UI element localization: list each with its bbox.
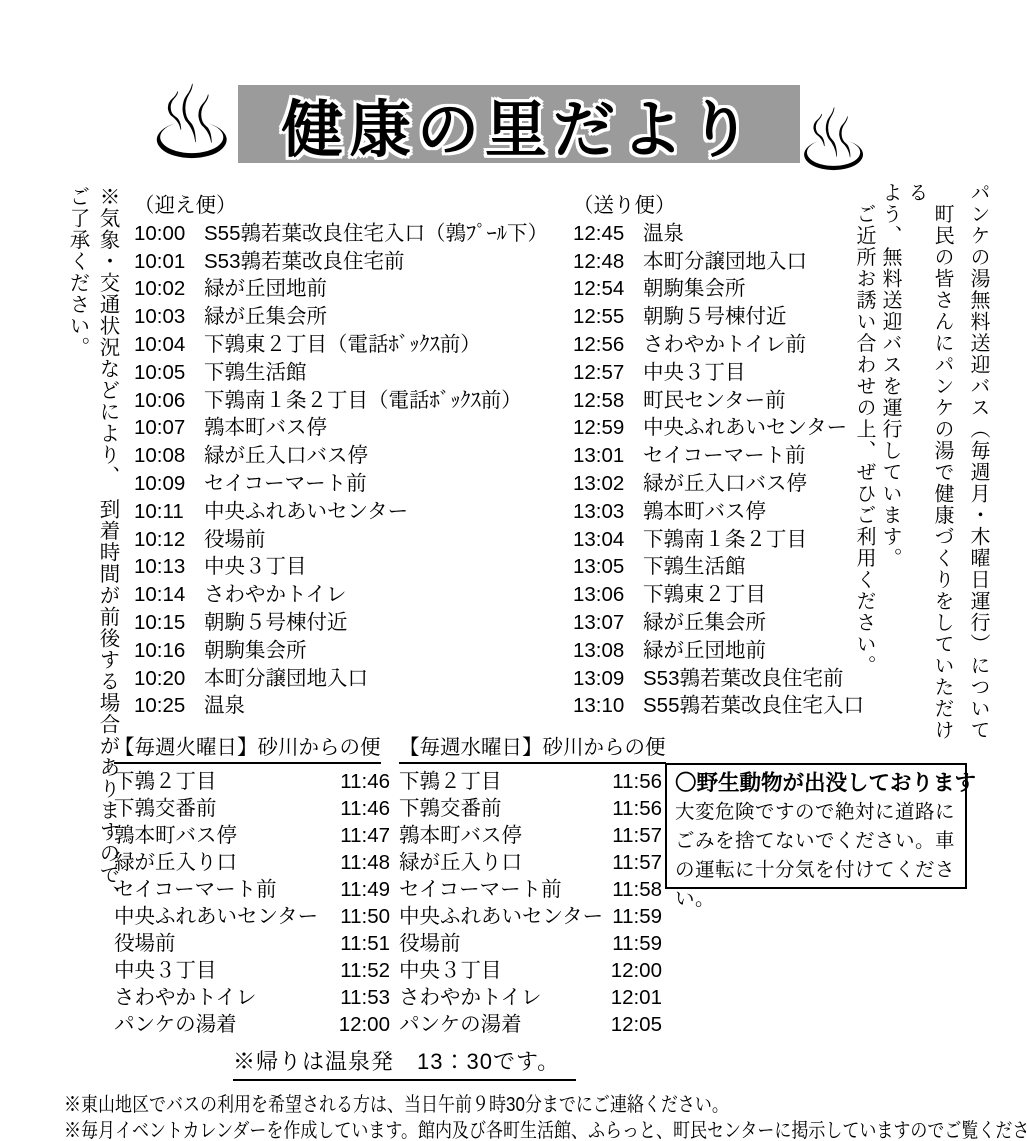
schedule-row: 10:03緑が丘集会所: [134, 303, 548, 331]
schedule-row: 10:16朝駒集会所: [134, 637, 548, 665]
schedule-row: セイコーマート前11:49: [114, 876, 390, 903]
stop-time: 10:03: [134, 303, 181, 331]
stop-time: 11:48: [340, 849, 390, 876]
stop-name: 緑が丘入り口: [399, 849, 522, 876]
wednesday-schedule: 【毎週水曜日】砂川からの便 下鶉２丁目11:56 下鶉交番前11:56 鶉本町バ…: [399, 736, 662, 1038]
stop-name: 中央ふれあいセンター: [204, 500, 408, 523]
stop-name: 役場前: [114, 930, 176, 957]
tuesday-schedule-header: 【毎週火曜日】砂川からの便: [114, 736, 381, 764]
stop-time: 12:45: [573, 220, 620, 248]
stop-time: 12:48: [573, 248, 620, 276]
stop-name: 下鶉東２丁目: [643, 583, 766, 606]
stop-name: 緑が丘入り口: [114, 849, 237, 876]
stop-name: 鶉本町バス停: [114, 822, 237, 849]
stop-time: 10:12: [134, 526, 181, 554]
schedule-row: 10:20本町分譲団地入口: [134, 665, 548, 693]
stop-time: 13:09: [573, 665, 620, 693]
stop-time: 10:00: [134, 220, 181, 248]
stop-time: 13:10: [573, 692, 620, 720]
stop-time: 11:52: [340, 957, 390, 984]
stop-name: 下鶉生活館: [204, 361, 307, 384]
schedule-row: 役場前11:59: [399, 930, 662, 957]
stop-name: 朝駒集会所: [204, 639, 307, 662]
bus-notice-heading: パンケの湯無料送迎バス（毎週月・木曜日運行）について: [965, 182, 991, 760]
stop-time: 11:46: [340, 768, 390, 795]
stop-time: 11:58: [612, 876, 662, 903]
newsletter-page: ♨ 健康の里だより ♨ ※気象・交通状況などにより、 到着時間が前後する場合があ…: [0, 0, 1027, 1141]
weather-disclaimer-note: ※気象・交通状況などにより、 到着時間が前後する場合がありますので、 ご了承くだ…: [62, 186, 122, 931]
stop-time: 12:57: [573, 359, 620, 387]
stop-time: 10:05: [134, 359, 181, 387]
stop-time: 13:07: [573, 609, 620, 637]
schedule-row: 10:12役場前: [134, 526, 548, 554]
pickup-schedule-header: （迎え便）: [134, 192, 548, 220]
schedule-row: 12:59中央ふれあいセンター: [573, 414, 864, 442]
schedule-row: 13:03鶉本町バス停: [573, 498, 864, 526]
stop-time: 12:59: [573, 414, 620, 442]
schedule-row: 中央３丁目12:00: [399, 957, 662, 984]
hot-spring-icon-right: ♨: [795, 98, 872, 184]
schedule-row: 13:02緑が丘入口バス停: [573, 470, 864, 498]
stop-time: 11:53: [340, 984, 390, 1011]
stop-time: 10:04: [134, 331, 181, 359]
stop-name: S53鶉若葉改良住宅前: [643, 667, 843, 690]
stop-name: パンケの湯着: [399, 1011, 522, 1038]
schedule-row: 10:11中央ふれあいセンター: [134, 498, 548, 526]
schedule-row: セイコーマート前11:58: [399, 876, 662, 903]
dropoff-schedule-header: （送り便）: [573, 192, 864, 220]
stop-time: 11:47: [340, 822, 390, 849]
stop-name: 中央３丁目: [204, 555, 307, 578]
schedule-row: 10:25温泉: [134, 692, 548, 720]
stop-name: S55鶉若葉改良住宅入口（鶉ﾌﾟｰﾙ下）: [204, 222, 548, 245]
stop-name: セイコーマート前: [399, 876, 562, 903]
stop-time: 10:02: [134, 275, 181, 303]
stop-name: 本町分譲団地入口: [204, 667, 368, 690]
stop-time: 12:05: [611, 1011, 662, 1038]
stop-name: セイコーマート前: [114, 876, 277, 903]
hot-spring-icon-left: ♨: [146, 72, 237, 174]
stop-time: 11:59: [612, 930, 662, 957]
pickup-schedule: （迎え便） 10:00S55鶉若葉改良住宅入口（鶉ﾌﾟｰﾙ下） 10:01S53…: [134, 192, 548, 720]
stop-time: 11:50: [340, 903, 390, 930]
stop-name: 温泉: [204, 694, 245, 717]
stop-time: 11:59: [612, 903, 662, 930]
page-title: 健康の里だより: [281, 80, 757, 169]
schedule-row: 10:14さわやかトイレ: [134, 581, 548, 609]
schedule-row: 13:10S55鶉若葉改良住宅入口: [573, 692, 864, 720]
schedule-row: パンケの湯着12:05: [399, 1011, 662, 1038]
stop-name: 緑が丘集会所: [204, 305, 327, 328]
stop-time: 10:14: [134, 581, 181, 609]
schedule-row: 10:05下鶉生活館: [134, 359, 548, 387]
stop-time: 10:01: [134, 248, 181, 276]
stop-name: 下鶉南１条２丁目: [643, 528, 807, 551]
stop-time: 10:25: [134, 692, 181, 720]
stop-time: 10:15: [134, 609, 181, 637]
schedule-row: さわやかトイレ11:53: [114, 984, 390, 1011]
stop-name: 下鶉交番前: [114, 795, 217, 822]
stop-time: 13:06: [573, 581, 620, 609]
stop-name: 下鶉生活館: [643, 555, 746, 578]
wildlife-warning-box: 〇野生動物が出没しております 大変危険ですので絶対に道路にごみを捨てないでくださ…: [665, 763, 967, 889]
stop-time: 10:16: [134, 637, 181, 665]
masthead-banner: 健康の里だより: [238, 85, 800, 163]
stop-time: 12:54: [573, 275, 620, 303]
stop-name: さわやかトイレ: [204, 583, 346, 606]
schedule-row: 下鶉２丁目11:46: [114, 768, 390, 795]
schedule-row: 10:01S53鶉若葉改良住宅前: [134, 248, 548, 276]
stop-time: 13:01: [573, 442, 620, 470]
schedule-row: 12:55朝駒５号棟付近: [573, 303, 864, 331]
schedule-row: 13:07緑が丘集会所: [573, 609, 864, 637]
stop-name: 役場前: [399, 930, 461, 957]
stop-name: S55鶉若葉改良住宅入口: [643, 694, 864, 717]
dropoff-schedule-rows: 12:45温泉 12:48本町分譲団地入口 12:54朝駒集会所 12:55朝駒…: [573, 220, 864, 720]
schedule-row: 中央３丁目11:52: [114, 957, 390, 984]
schedule-row: 13:06下鶉東２丁目: [573, 581, 864, 609]
stop-time: 11:57: [612, 849, 662, 876]
schedule-row: パンケの湯着12:00: [114, 1011, 390, 1038]
stop-name: 中央ふれあいセンター: [643, 416, 847, 439]
schedule-row: 12:45温泉: [573, 220, 864, 248]
stop-name: 本町分譲団地入口: [643, 250, 807, 273]
stop-time: 12:00: [611, 957, 662, 984]
stop-name: 鶉本町バス停: [204, 416, 327, 439]
stop-time: 10:07: [134, 414, 181, 442]
schedule-row: 12:48本町分譲団地入口: [573, 248, 864, 276]
stop-time: 11:56: [612, 795, 662, 822]
schedule-row: 緑が丘入り口11:57: [399, 849, 662, 876]
stop-name: 朝駒５号棟付近: [643, 305, 787, 328]
stop-time: 11:57: [612, 822, 662, 849]
schedule-row: 10:00S55鶉若葉改良住宅入口（鶉ﾌﾟｰﾙ下）: [134, 220, 548, 248]
stop-name: 中央ふれあいセンター: [399, 903, 603, 930]
schedule-row: 緑が丘入り口11:48: [114, 849, 390, 876]
schedule-row: 下鶉交番前11:46: [114, 795, 390, 822]
stop-name: 緑が丘入口バス停: [643, 472, 807, 495]
wildlife-warning-title: 〇野生動物が出没しております: [675, 769, 957, 798]
stop-name: セイコーマート前: [643, 444, 806, 467]
stop-name: パンケの湯着: [114, 1011, 237, 1038]
bus-service-notice: パンケの湯無料送迎バス（毎週月・木曜日運行）について 町民の皆さんにパンケの湯で…: [851, 182, 991, 760]
stop-time: 10:11: [134, 498, 181, 526]
schedule-row: 下鶉交番前11:56: [399, 795, 662, 822]
schedule-row: 中央ふれあいセンター11:50: [114, 903, 390, 930]
schedule-row: 13:05下鶉生活館: [573, 553, 864, 581]
schedule-row: 鶉本町バス停11:57: [399, 822, 662, 849]
schedule-row: 13:01セイコーマート前: [573, 442, 864, 470]
footer-note-contact: ※東山地区でバスの利用を希望される方は、当日午前９時30分までにご連絡ください。: [64, 1088, 729, 1117]
tuesday-schedule-rows: 下鶉２丁目11:46 下鶉交番前11:46 鶉本町バス停11:47 緑が丘入り口…: [114, 768, 390, 1038]
stop-time: 12:01: [611, 984, 662, 1011]
pickup-schedule-rows: 10:00S55鶉若葉改良住宅入口（鶉ﾌﾟｰﾙ下） 10:01S53鶉若葉改良住…: [134, 220, 548, 720]
stop-name: 下鶉南１条２丁目（電話ﾎﾞｯｸｽ前）: [204, 389, 522, 412]
stop-name: 朝駒集会所: [643, 277, 746, 300]
stop-time: 10:08: [134, 442, 181, 470]
bus-notice-line: よう、無料送迎バスを運行しています。: [877, 182, 903, 760]
tuesday-schedule: 【毎週火曜日】砂川からの便 下鶉２丁目11:46 下鶉交番前11:46 鶉本町バ…: [114, 736, 390, 1038]
stop-name: 中央ふれあいセンター: [114, 903, 318, 930]
stop-name: さわやかトイレ: [114, 984, 256, 1011]
schedule-row: 下鶉２丁目11:56: [399, 768, 662, 795]
bus-notice-line: 町民の皆さんにパンケの湯で健康づくりをしていただける: [903, 182, 955, 760]
stop-name: セイコーマート前: [204, 472, 367, 495]
wildlife-warning-body: 大変危険ですので絶対に道路にごみを捨てないでください。車の運転に十分気を付けてく…: [675, 798, 957, 914]
schedule-row: 10:07鶉本町バス停: [134, 414, 548, 442]
footer-note-calendar: ※毎月イベントカレンダーを作成しています。館内及び各町生活館、ふらっと、町民セン…: [64, 1114, 1027, 1141]
stop-name: 中央３丁目: [114, 957, 217, 984]
stop-name: 緑が丘集会所: [643, 611, 766, 634]
stop-time: 12:56: [573, 331, 620, 359]
schedule-row: 10:02緑が丘団地前: [134, 275, 548, 303]
schedule-row: さわやかトイレ12:01: [399, 984, 662, 1011]
stop-name: 下鶉東２丁目（電話ﾎﾞｯｸｽ前）: [204, 333, 481, 356]
stop-name: 町民センター前: [643, 389, 786, 412]
schedule-row: 13:08緑が丘団地前: [573, 637, 864, 665]
schedule-row: 10:15朝駒５号棟付近: [134, 609, 548, 637]
stop-time: 12:00: [339, 1011, 390, 1038]
stop-time: 13:05: [573, 553, 620, 581]
return-trip-note: ※帰りは温泉発 13：30です。: [233, 1045, 576, 1081]
stop-time: 11:51: [340, 930, 390, 957]
stop-time: 11:49: [340, 876, 390, 903]
stop-time: 11:46: [340, 795, 390, 822]
stop-name: 温泉: [643, 222, 684, 245]
wednesday-schedule-rows: 下鶉２丁目11:56 下鶉交番前11:56 鶉本町バス停11:57 緑が丘入り口…: [399, 768, 662, 1038]
schedule-row: 12:56さわやかトイレ前: [573, 331, 864, 359]
schedule-row: 10:13中央３丁目: [134, 553, 548, 581]
schedule-row: 中央ふれあいセンター11:59: [399, 903, 662, 930]
stop-time: 11:56: [612, 768, 662, 795]
schedule-row: 役場前11:51: [114, 930, 390, 957]
stop-name: 中央３丁目: [643, 361, 746, 384]
stop-name: 下鶉２丁目: [399, 768, 502, 795]
schedule-row: 12:54朝駒集会所: [573, 275, 864, 303]
stop-name: 下鶉交番前: [399, 795, 502, 822]
stop-time: 13:08: [573, 637, 620, 665]
schedule-row: 13:04下鶉南１条２丁目: [573, 526, 864, 554]
schedule-row: 12:58町民センター前: [573, 387, 864, 415]
stop-time: 10:20: [134, 665, 181, 693]
schedule-row: 10:09セイコーマート前: [134, 470, 548, 498]
stop-time: 10:06: [134, 387, 181, 415]
stop-time: 13:03: [573, 498, 620, 526]
stop-name: 緑が丘入口バス停: [204, 444, 368, 467]
stop-name: 中央３丁目: [399, 957, 502, 984]
stop-name: 下鶉２丁目: [114, 768, 217, 795]
stop-time: 12:55: [573, 303, 620, 331]
stop-name: さわやかトイレ前: [643, 333, 806, 356]
stop-name: 緑が丘団地前: [204, 277, 327, 300]
schedule-row: 10:04下鶉東２丁目（電話ﾎﾞｯｸｽ前）: [134, 331, 548, 359]
schedule-row: 10:06下鶉南１条２丁目（電話ﾎﾞｯｸｽ前）: [134, 387, 548, 415]
stop-time: 10:09: [134, 470, 181, 498]
stop-name: 鶉本町バス停: [399, 822, 522, 849]
dropoff-schedule: （送り便） 12:45温泉 12:48本町分譲団地入口 12:54朝駒集会所 1…: [573, 192, 864, 720]
stop-time: 13:02: [573, 470, 620, 498]
stop-name: 朝駒５号棟付近: [204, 611, 348, 634]
stop-name: 鶉本町バス停: [643, 500, 766, 523]
stop-time: 10:13: [134, 553, 181, 581]
wednesday-schedule-header: 【毎週水曜日】砂川からの便: [399, 736, 666, 764]
schedule-row: 10:08緑が丘入口バス停: [134, 442, 548, 470]
schedule-row: 12:57中央３丁目: [573, 359, 864, 387]
schedule-row: 鶉本町バス停11:47: [114, 822, 390, 849]
stop-name: さわやかトイレ: [399, 984, 541, 1011]
stop-name: 役場前: [204, 528, 266, 551]
stop-time: 12:58: [573, 387, 620, 415]
stop-name: 緑が丘団地前: [643, 639, 766, 662]
stop-time: 13:04: [573, 526, 620, 554]
stop-name: S53鶉若葉改良住宅前: [204, 250, 404, 273]
schedule-row: 13:09S53鶉若葉改良住宅前: [573, 665, 864, 693]
